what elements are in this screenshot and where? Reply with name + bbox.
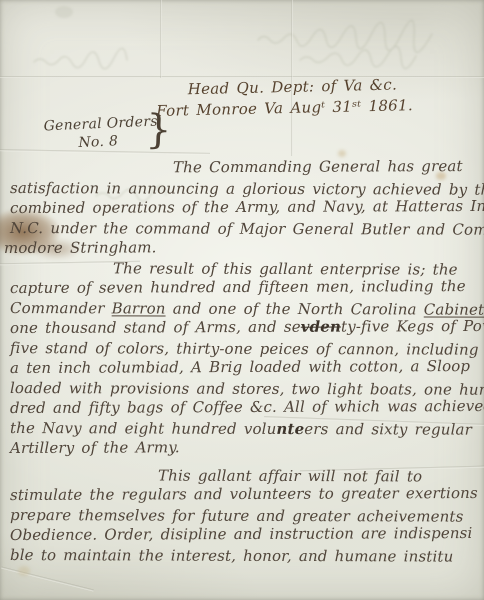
letter-body: The Commanding General has great satisfa… xyxy=(10,158,482,565)
body-line: modore Stringham. xyxy=(4,236,482,258)
fold-crease xyxy=(1,567,94,592)
orders-brace: } xyxy=(145,110,172,151)
body-text: the Navy and eight hundred volu xyxy=(10,419,277,438)
body-line: The Commanding General has great xyxy=(10,156,482,178)
body-text: one thousand stand of Arms, and se xyxy=(10,318,301,337)
body-line: Artillery of the Army. xyxy=(10,436,482,458)
body-text: ty-five Kegs of Powder xyxy=(341,317,484,336)
struck-correction: vden xyxy=(301,318,341,336)
body-line: combined operations of the Army, and Nav… xyxy=(10,196,482,218)
body-text: Commander xyxy=(10,299,112,317)
overwritten-correction: nte xyxy=(276,420,304,438)
body-line: a ten inch columbiad, A Brig loaded with… xyxy=(10,356,482,378)
aging-spot xyxy=(18,566,30,576)
underlined-name: Barron xyxy=(112,299,166,317)
body-line: capture of seven hundred and fifteen men… xyxy=(10,276,482,298)
general-orders-block: General Orders No. 8 xyxy=(43,114,159,154)
body-line: ble to maintain the interest, honor, and… xyxy=(10,545,482,567)
document-page: Head Qu. Dept: of Va &c. Fort Monroe Va … xyxy=(0,0,484,600)
fold-crease xyxy=(160,0,162,78)
body-line: stimulate the regulars and volunteers to… xyxy=(10,483,482,505)
body-line: one thousand stand of Arms, and sevdenty… xyxy=(10,316,482,338)
body-line: dred and fifty bags of Coffee &c. All of… xyxy=(10,396,482,418)
body-line: Obedience. Order, disipline and instruct… xyxy=(10,523,482,545)
